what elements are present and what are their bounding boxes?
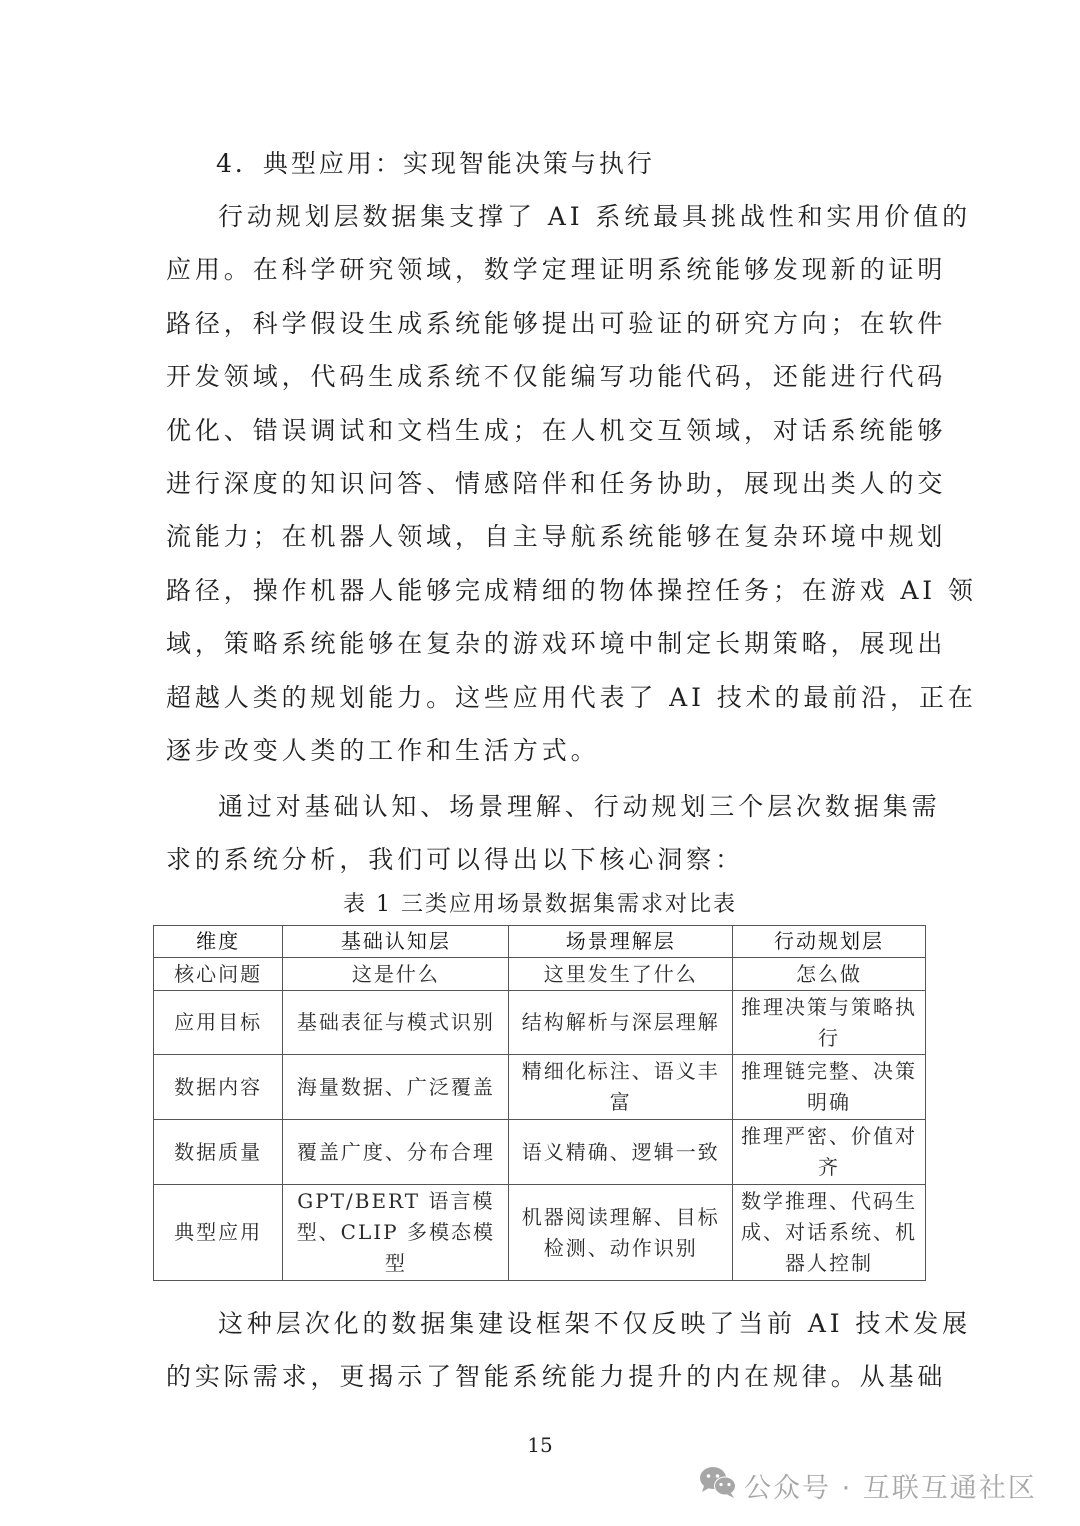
table-cell: 这是什么 bbox=[283, 958, 509, 991]
table-header-cell: 场景理解层 bbox=[509, 926, 733, 958]
text-line: 应用。在科学研究领域，数学定理证明系统能够发现新的证明 bbox=[166, 243, 918, 296]
text-line: 通过对基础认知、场景理解、行动规划三个层次数据集需 bbox=[166, 780, 918, 833]
table-cell: 核心问题 bbox=[154, 958, 283, 991]
table-cell: 数据质量 bbox=[154, 1120, 283, 1185]
table-cell: 这里发生了什么 bbox=[509, 958, 733, 991]
table-cell: 精细化标注、语义丰富 bbox=[509, 1055, 733, 1120]
table-row: 核心问题 这是什么 这里发生了什么 怎么做 bbox=[154, 958, 926, 991]
paragraph-insights-intro: 通过对基础认知、场景理解、行动规划三个层次数据集需 求的系统分析，我们可以得出以… bbox=[166, 780, 918, 887]
table-cell: 语义精确、逻辑一致 bbox=[509, 1120, 733, 1185]
table-row: 数据质量 覆盖广度、分布合理 语义精确、逻辑一致 推理严密、价值对齐 bbox=[154, 1120, 926, 1185]
table-header-cell: 基础认知层 bbox=[283, 926, 509, 958]
table-cell: 应用目标 bbox=[154, 991, 283, 1055]
text-line: 流能力；在机器人领域，自主导航系统能够在复杂环境中规划 bbox=[166, 510, 918, 563]
table-row: 典型应用 GPT/BERT 语言模型、CLIP 多模态模型 机器阅读理解、目标检… bbox=[154, 1185, 926, 1281]
comparison-table: 维度 基础认知层 场景理解层 行动规划层 核心问题 这是什么 这里发生了什么 怎… bbox=[153, 925, 926, 1281]
text-line: 进行深度的知识问答、情感陪伴和任务协助，展现出类人的交 bbox=[166, 457, 918, 510]
text-line: 这种层次化的数据集建设框架不仅反映了当前 AI 技术发展 bbox=[166, 1297, 918, 1350]
page-number: 15 bbox=[0, 1433, 1080, 1457]
table-header-cell: 维度 bbox=[154, 926, 283, 958]
table-cell: 怎么做 bbox=[733, 958, 926, 991]
table-caption: 表 1 三类应用场景数据集需求对比表 bbox=[0, 888, 1080, 922]
table-cell: 覆盖广度、分布合理 bbox=[283, 1120, 509, 1185]
paragraph-framework: 这种层次化的数据集建设框架不仅反映了当前 AI 技术发展 的实际需求，更揭示了智… bbox=[166, 1297, 918, 1404]
text-line: 逐步改变人类的工作和生活方式。 bbox=[166, 724, 918, 777]
text-line: 优化、错误调试和文档生成；在人机交互领域，对话系统能够 bbox=[166, 404, 918, 457]
section-heading: 4．典型应用：实现智能决策与执行 bbox=[216, 142, 655, 186]
paragraph-applications: 行动规划层数据集支撑了 AI 系统最具挑战性和实用价值的 应用。在科学研究领域，… bbox=[166, 190, 918, 777]
table-cell: 结构解析与深层理解 bbox=[509, 991, 733, 1055]
table-cell: 推理链完整、决策明确 bbox=[733, 1055, 926, 1120]
document-page: 4．典型应用：实现智能决策与执行 行动规划层数据集支撑了 AI 系统最具挑战性和… bbox=[0, 0, 1080, 1526]
text-line: 求的系统分析，我们可以得出以下核心洞察： bbox=[166, 833, 918, 886]
text-line: 域，策略系统能够在复杂的游戏环境中制定长期策略，展现出 bbox=[166, 617, 918, 670]
text-line: 的实际需求，更揭示了智能系统能力提升的内在规律。从基础 bbox=[166, 1350, 918, 1403]
watermark: 公众号 · 互联互通社区 bbox=[698, 1460, 1037, 1510]
text-line: 开发领域，代码生成系统不仅能编写功能代码，还能进行代码 bbox=[166, 350, 918, 403]
text-line: 路径，科学假设生成系统能够提出可验证的研究方向；在软件 bbox=[166, 297, 918, 350]
table-cell: 数学推理、代码生成、对话系统、机器人控制 bbox=[733, 1185, 926, 1281]
table-header-row: 维度 基础认知层 场景理解层 行动规划层 bbox=[154, 926, 926, 958]
text-line: 行动规划层数据集支撑了 AI 系统最具挑战性和实用价值的 bbox=[166, 190, 918, 243]
table-cell: 推理决策与策略执行 bbox=[733, 991, 926, 1055]
text-line: 超越人类的规划能力。这些应用代表了 AI 技术的最前沿，正在 bbox=[166, 671, 918, 724]
table-cell: 海量数据、广泛覆盖 bbox=[283, 1055, 509, 1120]
watermark-text: 公众号 · 互联互通社区 bbox=[744, 1466, 1037, 1505]
table-header-cell: 行动规划层 bbox=[733, 926, 926, 958]
table-row: 数据内容 海量数据、广泛覆盖 精细化标注、语义丰富 推理链完整、决策明确 bbox=[154, 1055, 926, 1120]
table-cell: GPT/BERT 语言模型、CLIP 多模态模型 bbox=[283, 1185, 509, 1281]
table-cell: 推理严密、价值对齐 bbox=[733, 1120, 926, 1185]
text-line: 路径，操作机器人能够完成精细的物体操控任务；在游戏 AI 领 bbox=[166, 564, 918, 617]
table-cell: 数据内容 bbox=[154, 1055, 283, 1120]
table-cell: 基础表征与模式识别 bbox=[283, 991, 509, 1055]
table-cell: 机器阅读理解、目标检测、动作识别 bbox=[509, 1185, 733, 1281]
table-cell: 典型应用 bbox=[154, 1185, 283, 1281]
table-row: 应用目标 基础表征与模式识别 结构解析与深层理解 推理决策与策略执行 bbox=[154, 991, 926, 1055]
wechat-icon bbox=[698, 1465, 744, 1506]
